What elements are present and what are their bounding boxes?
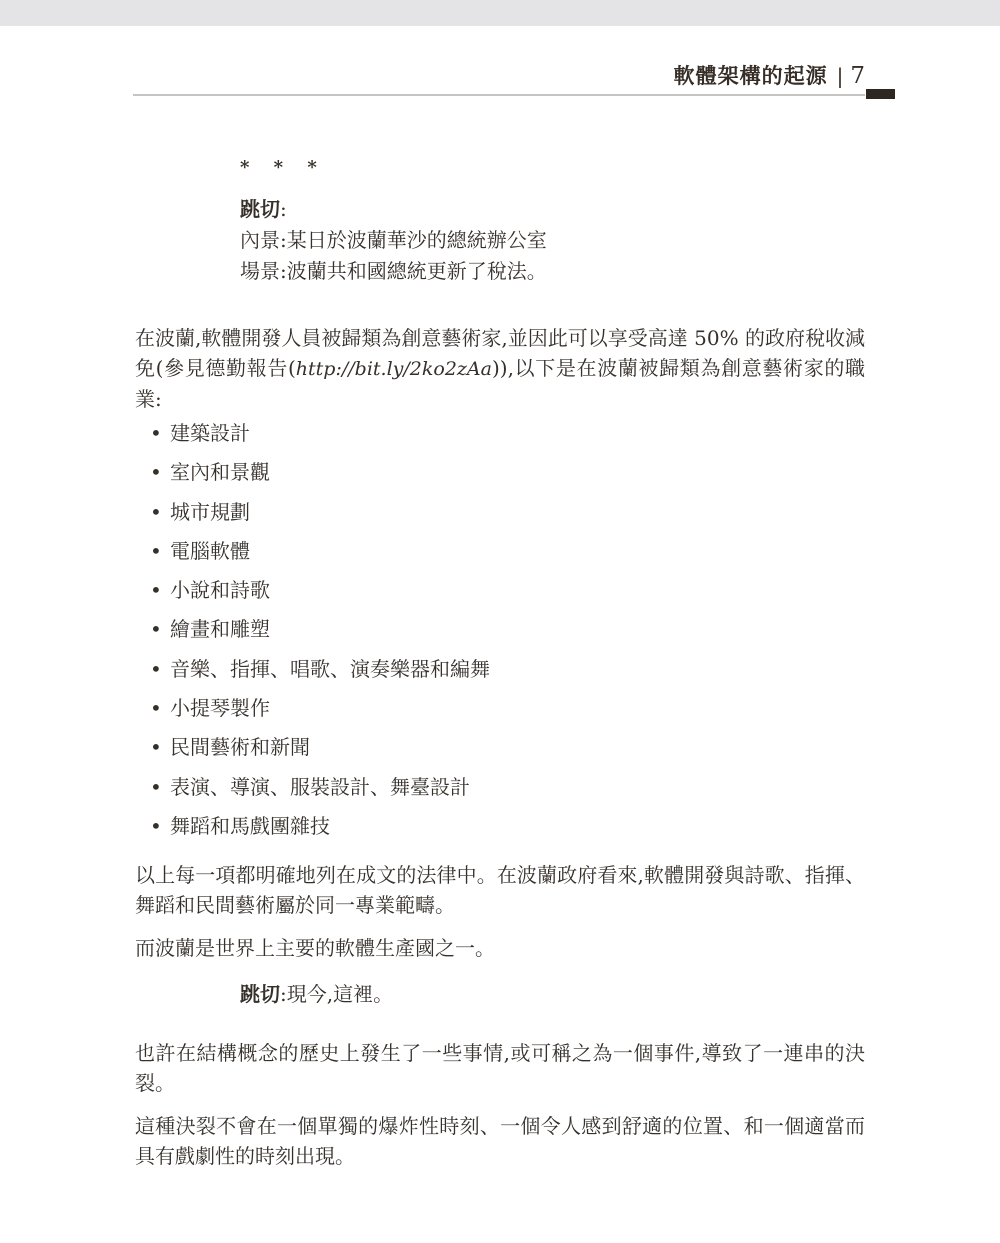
page-content: * * * 跳切: 內景:某日於波蘭華沙的總統辦公室 場景:波蘭共和國總統更新了… [135,0,865,1171]
interior-line: 內景:某日於波蘭華沙的總統辦公室 [240,225,865,256]
list-item: •城市規劃 [135,501,865,540]
scene-block-1: * * * 跳切: 內景:某日於波蘭華沙的總統辦公室 場景:波蘭共和國總統更新了… [240,0,865,287]
list-item: •舞蹈和馬戲團雜技 [135,815,865,854]
tax-text-1: 在波蘭,軟體開發人員被歸類為創意藝術家,並因此可以享受高達 [135,326,694,350]
list-item: •小說和詩歌 [135,579,865,618]
report-url: http://bit.ly/2ko2zAa [296,358,492,380]
professions-list: •建築設計 •室內和景觀 •城市規劃 •電腦軟體 •小說和詩歌 •繪畫和雕塑 •… [135,422,865,854]
profession-label: 電腦軟體 [170,539,250,563]
list-item: •小提琴製作 [135,697,865,736]
scene-line: 場景:波蘭共和國總統更新了稅法。 [240,256,865,287]
list-item: •繪畫和雕塑 [135,618,865,657]
bullet-icon: • [150,461,162,483]
profession-label: 小提琴製作 [170,696,270,720]
profession-label: 民間藝術和新聞 [170,735,310,759]
profession-label: 建築設計 [170,421,250,445]
bullet-icon: • [150,697,162,719]
bullet-icon: • [150,776,162,798]
bullet-icon: • [150,501,162,523]
paragraph-history: 也許在結構概念的歷史上發生了一些事情,或可稱之為一個事件,導致了一連串的決裂。 [135,1038,865,1098]
profession-label: 舞蹈和馬戲團雜技 [170,814,330,838]
bullet-icon: • [150,736,162,758]
bullet-icon: • [150,815,162,837]
list-item: •室內和景觀 [135,461,865,500]
profession-label: 音樂、指揮、唱歌、演奏樂器和編舞 [170,657,490,681]
list-item: •表演、導演、服裝設計、舞臺設計 [135,776,865,815]
scene-block-2: 跳切:現今,這裡。 [240,979,865,1010]
profession-label: 城市規劃 [170,500,250,524]
profession-label: 室內和景觀 [170,460,270,484]
paragraph-producer: 而波蘭是世界上主要的軟體生產國之一。 [135,933,865,963]
profession-label: 表演、導演、服裝設計、舞臺設計 [170,775,470,799]
bullet-icon: • [150,579,162,601]
bullet-icon: • [150,658,162,680]
paragraph-law: 以上每一項都明確地列在成文的法律中。在波蘭政府看來,軟體開發與詩歌、指揮、舞蹈和… [135,860,865,920]
jump-cut-punct: : [280,197,287,221]
paragraph-tax-exemption: 在波蘭,軟體開發人員被歸類為創意藝術家,並因此可以享受高達 50% 的政府稅收減… [135,323,865,414]
list-item: •民間藝術和新聞 [135,736,865,775]
bullet-icon: • [150,618,162,640]
paragraph-rupture: 這種決裂不會在一個單獨的爆炸性時刻、一個令人感到舒適的位置、和一個適當而具有戲劇… [135,1111,865,1171]
stars-separator: * * * [240,158,865,178]
bullet-icon: • [150,540,162,562]
jump-cut-rest: :現今,這裡。 [280,982,393,1006]
jump-cut-label: 跳切 [240,197,280,221]
list-item: •建築設計 [135,422,865,461]
profession-label: 繪畫和雕塑 [170,617,270,641]
jump-cut-line: 跳切: [240,194,865,225]
corner-block [866,89,895,99]
profession-label: 小說和詩歌 [170,578,270,602]
book-page: 軟體架構的起源|7 * * * 跳切: 內景:某日於波蘭華沙的總統辦公室 場景:… [0,0,1000,1243]
bullet-icon: • [150,422,162,444]
jump-cut-label-2: 跳切 [240,982,280,1006]
list-item: •電腦軟體 [135,540,865,579]
list-item: •音樂、指揮、唱歌、演奏樂器和編舞 [135,658,865,697]
tax-percent: 50% [694,326,738,350]
